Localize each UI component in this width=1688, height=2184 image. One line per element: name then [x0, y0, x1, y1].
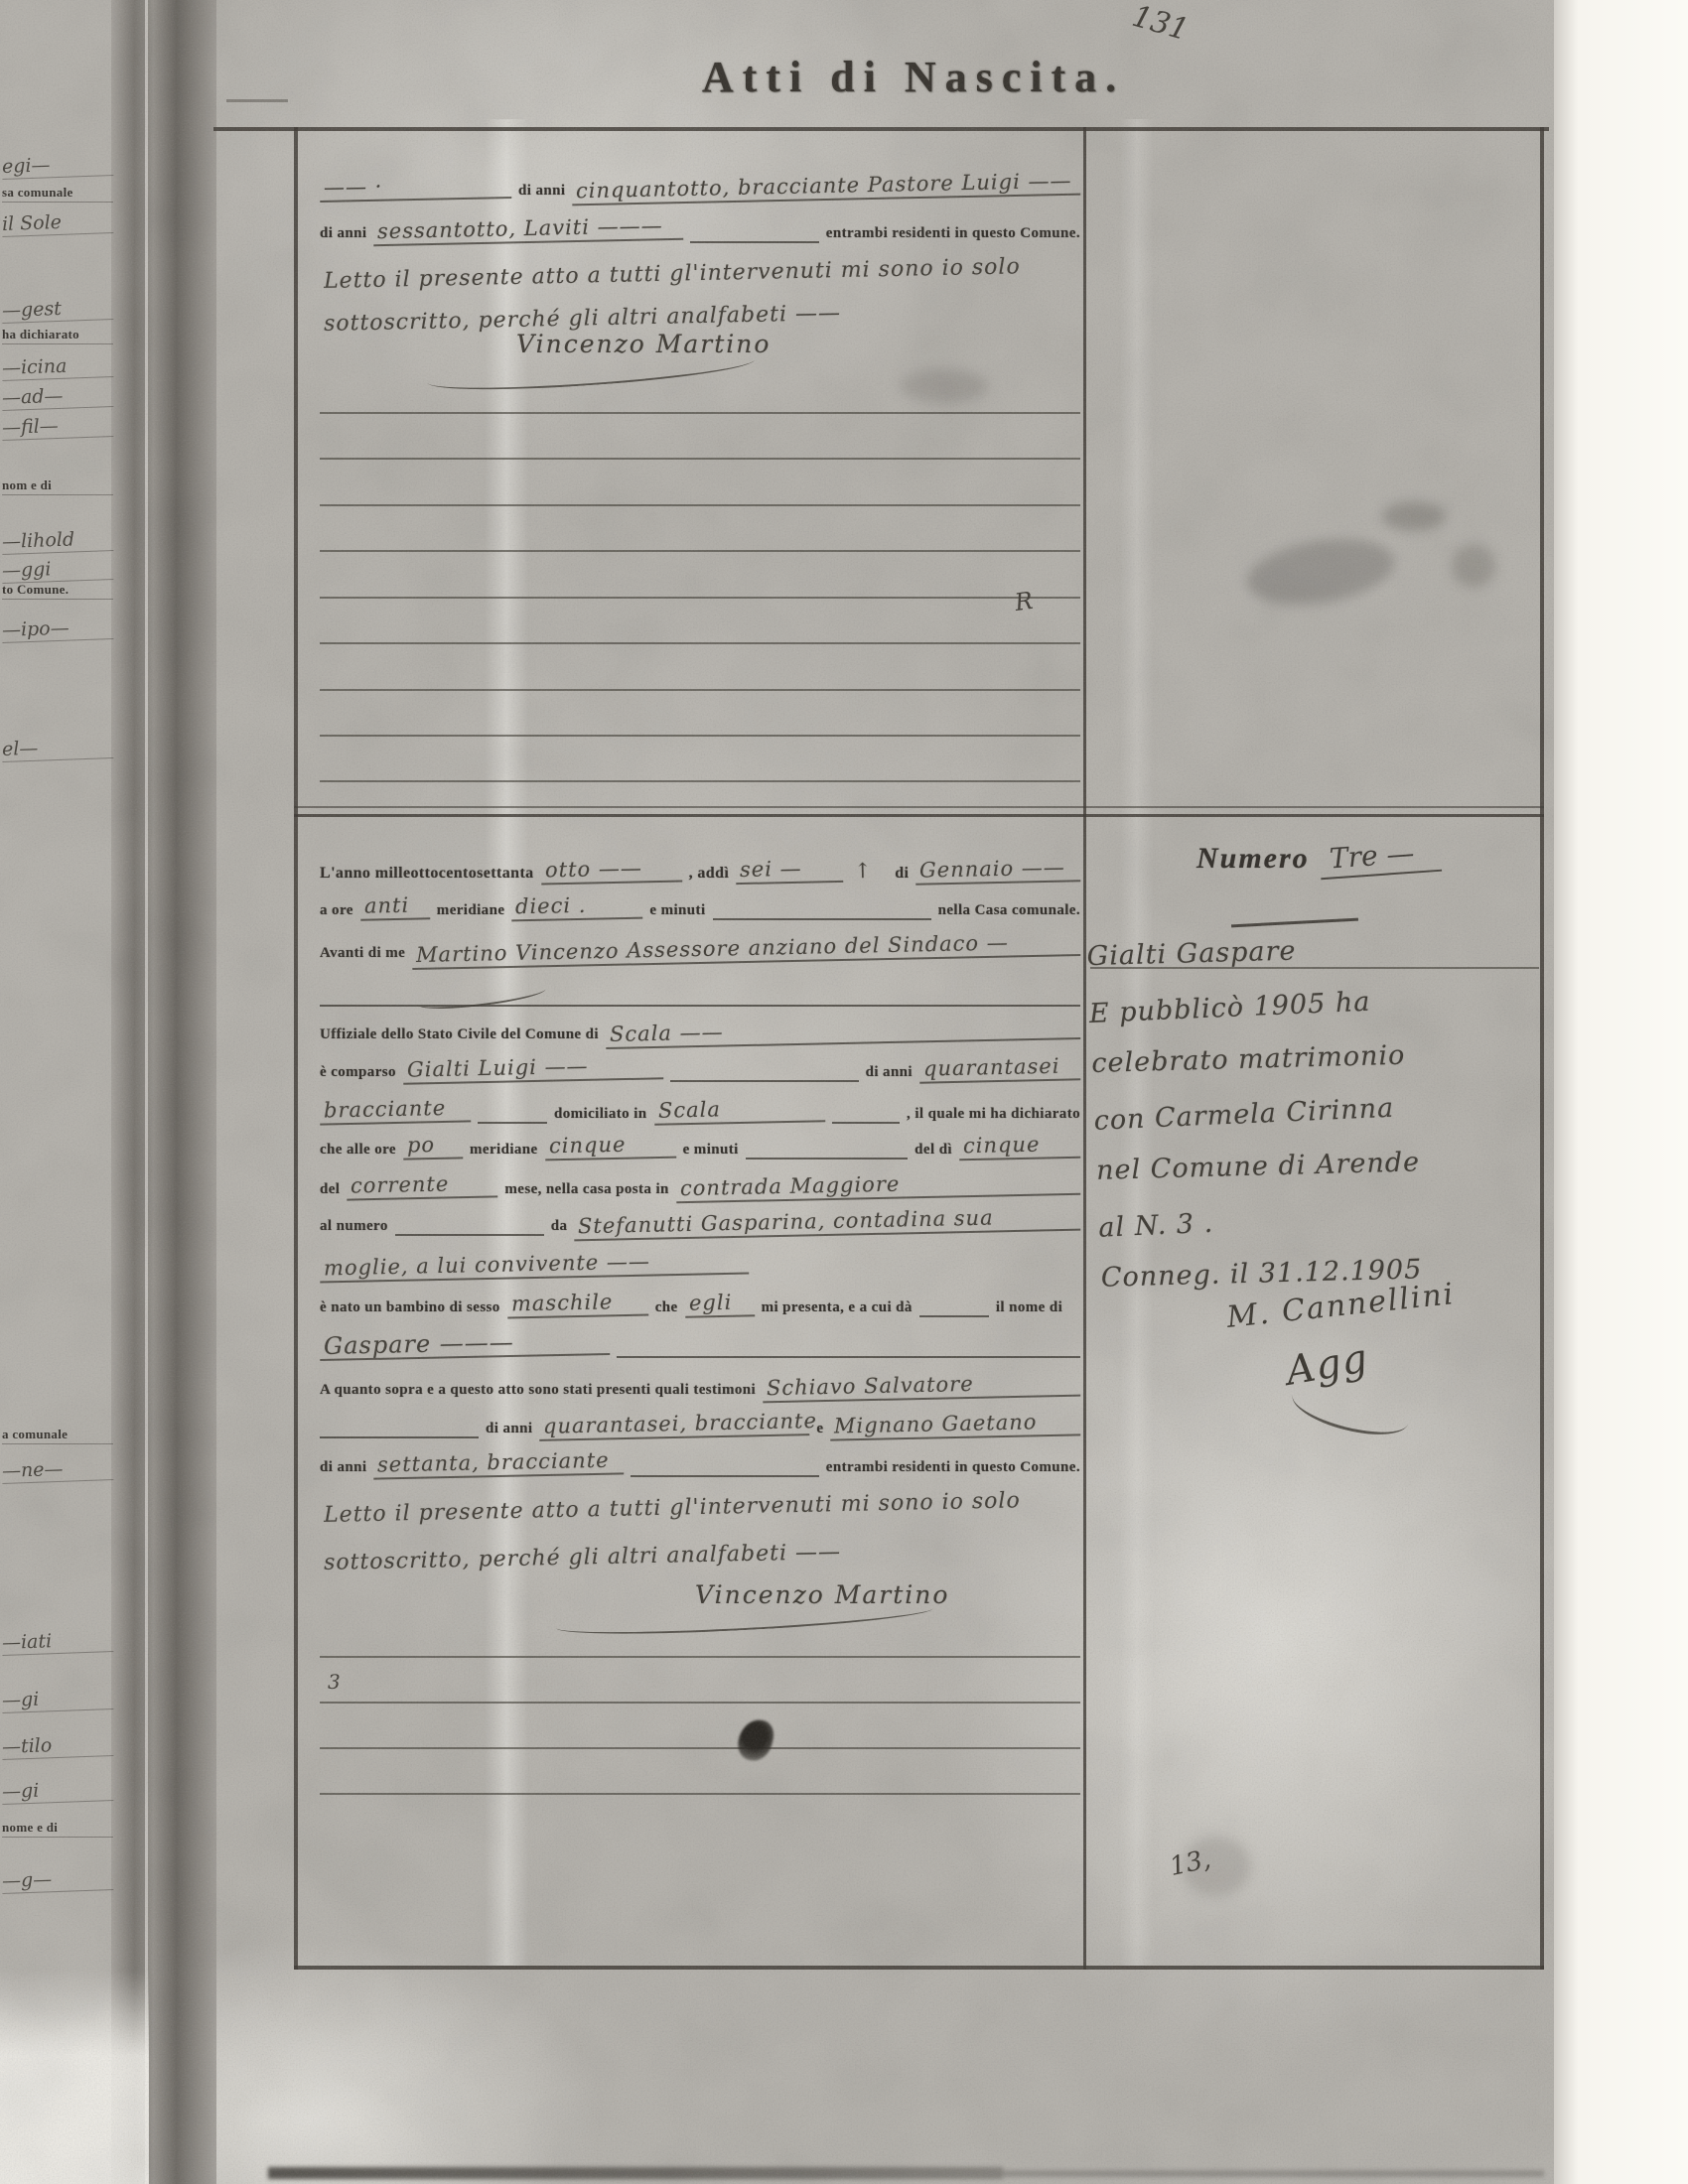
printed-label: del: [320, 1179, 340, 1199]
printed-label: Avanti di me: [320, 943, 405, 963]
record-line-teste2: di anni settanta, bracciante entrambi re…: [320, 1445, 1080, 1477]
margin-annotation: Gialti Gaspare E pubblicò 1905 ha celebr…: [1086, 925, 1551, 1319]
binding-gutter-shadow: [111, 0, 216, 2184]
printed-label: che: [655, 1297, 678, 1317]
printed-label: L'anno milleottocentosettanta: [320, 864, 534, 884]
ruled-line: [320, 597, 1080, 599]
printed-label: e: [816, 1419, 823, 1438]
handwritten-entry: quarantasei, bracciante: [539, 1409, 810, 1441]
edge-fragment: sa comunale: [2, 185, 113, 203]
ruled-line: [320, 1656, 1080, 1658]
edge-fragment: nome e di: [2, 1820, 113, 1838]
handwritten-entry: Scala: [653, 1095, 825, 1126]
printed-label: mese, nella casa posta in: [504, 1179, 668, 1199]
edge-fragment: —tilo: [2, 1732, 114, 1760]
printed-label: meridiane: [437, 900, 505, 920]
edge-fragment: egi—: [2, 152, 114, 180]
record-line-domicilio: bracciante domiciliato in Scala , il qua…: [320, 1092, 1080, 1124]
handwritten-entry: cinquantotto, bracciante Pastore Luigi —…: [572, 169, 1080, 206]
handwritten-entry: corrente: [347, 1170, 498, 1200]
handwritten-entry: Schiavo Salvatore: [763, 1370, 1080, 1404]
birth-record-scan: Atti di Nascita. 131 —— · di anni cinqua…: [0, 0, 1688, 2184]
record-line-anno: L'anno milleottocentosettanta otto —— , …: [320, 852, 1080, 884]
handwritten-entry: maschile: [506, 1290, 648, 1319]
section-divider: [294, 814, 1544, 817]
printed-label: il nome di: [996, 1297, 1062, 1317]
printed-label: nella Casa comunale.: [938, 900, 1080, 920]
record-closing-2: sottoscritto, perché gli altri analfabet…: [320, 1537, 1080, 1569]
ruled-line: [320, 689, 1080, 691]
ruled-line: [320, 642, 1080, 644]
upper-line-2: di anni sessantotto, Laviti ——— entrambi…: [320, 211, 1080, 243]
record-line-numero-casa: al numero da Stefanutti Gasparina, conta…: [320, 1204, 1080, 1236]
handwritten-entry: Gennaio ——: [915, 855, 1080, 885]
column-divider: [1083, 127, 1086, 1970]
ruled-line: [320, 504, 1080, 506]
handwritten-entry: Gaspare ———: [320, 1328, 611, 1361]
printed-label: A quanto sopra e a questo atto sono stat…: [320, 1380, 756, 1400]
handwritten-entry: Gialti Luigi ——: [403, 1052, 664, 1084]
handwritten-entry: moglie, a lui convivente ——: [320, 1247, 749, 1283]
printed-label: mi presenta, e a cui dà: [762, 1297, 913, 1317]
scan-bottom-shadow: [268, 2167, 1003, 2179]
blank-fill-line: [631, 1473, 818, 1477]
edge-fragment: —gi: [2, 1777, 114, 1805]
edge-fragment: —ne—: [2, 1456, 114, 1484]
handwritten-entry: contrada Maggiore: [676, 1168, 1081, 1204]
edge-fragment: —gi: [2, 1686, 114, 1713]
handwritten-entry: egli: [684, 1290, 755, 1317]
printed-label: e minuti: [683, 1140, 739, 1160]
page-title: Atti di Nascita.: [635, 52, 1192, 102]
edge-fragment: —icina: [2, 353, 114, 381]
blank-fill-line: [395, 1232, 544, 1236]
blank-fill-line: [670, 1078, 859, 1082]
upper-closing-1: Letto il presente atto a tutti gl'interv…: [320, 255, 1080, 287]
handwritten-entry: —— ·: [320, 172, 512, 203]
scan-bottom-shadow: [1003, 2170, 1544, 2177]
printed-label: Uffiziale dello Stato Civile del Comune …: [320, 1024, 599, 1044]
edge-fragment: —gest: [2, 296, 114, 324]
edge-fragment: nom e di: [2, 478, 113, 495]
printed-label: domiciliato in: [554, 1104, 647, 1124]
edge-fragment: —ad—: [2, 383, 114, 411]
printed-label: è nato un bambino di sesso: [320, 1297, 500, 1317]
edge-fragment: —lihold: [2, 527, 114, 555]
ruled-line: [320, 1747, 1080, 1749]
blank-fill-line: [617, 1354, 1080, 1358]
printed-label: è comparso: [320, 1062, 396, 1082]
page-border-bottom: [294, 1966, 1544, 1970]
gutter-hairline: [145, 0, 148, 2184]
record-line-testimoni: A quanto sopra e a questo atto sono stat…: [320, 1368, 1080, 1400]
printed-label: , addì: [689, 864, 730, 884]
printed-label: che alle ore: [320, 1140, 396, 1160]
edge-fragment: —ipo—: [2, 615, 114, 643]
edge-fragment: el—: [2, 735, 114, 762]
edge-fragment: —iati: [2, 1628, 114, 1656]
edge-fragment: —ggi: [2, 556, 114, 584]
handwritten-entry: Stefanutti Gasparina, contadina sua: [574, 1204, 1080, 1242]
ruled-line: [320, 1793, 1080, 1795]
ruled-line: [320, 550, 1080, 552]
record-line-teste1: di anni quarantasei, bracciante e Mignan…: [320, 1407, 1080, 1438]
printed-label: da: [551, 1216, 568, 1236]
handwritten-entry: anti: [360, 892, 431, 920]
handwritten-entry: settanta, bracciante: [373, 1447, 625, 1479]
stray-line: [226, 99, 288, 102]
handwritten-entry: sei —: [736, 856, 844, 885]
printed-label: di anni: [320, 1457, 366, 1477]
printed-label: e minuti: [649, 900, 705, 920]
record-line-comparso: è comparso Gialti Luigi —— di anni quara…: [320, 1050, 1080, 1082]
edge-fragment: to Comune.: [2, 582, 113, 600]
page-border-right: [1540, 127, 1544, 1970]
printed-label: entrambi residenti in questo Comune.: [826, 1457, 1080, 1477]
handwritten-entry: sessantotto, Laviti ———: [373, 213, 683, 247]
numero-label: Numero: [1196, 842, 1310, 876]
handwritten-entry: quarantasei: [919, 1053, 1081, 1083]
handwritten-entry: otto ——: [540, 856, 682, 886]
record-closing-1: Letto il presente atto a tutti gl'interv…: [320, 1489, 1080, 1521]
ruled-line: [320, 412, 1080, 414]
blank-fill-line: [832, 1120, 900, 1124]
printed-label: al numero: [320, 1216, 388, 1236]
record-line-madre-2: moglie, a lui convivente ——: [320, 1247, 1080, 1279]
record-line-ora: a ore anti meridiane dieci . e minuti ne…: [320, 888, 1080, 920]
numero-row: Numero Tre —: [1196, 839, 1440, 876]
printed-label: , il quale mi ha dichiarato: [907, 1104, 1080, 1124]
record-line-ufficiale: Uffiziale dello Stato Civile del Comune …: [320, 1013, 1080, 1044]
printed-label: di anni: [518, 181, 565, 201]
edge-fragment: —fil—: [2, 413, 114, 441]
ruled-line: [320, 735, 1080, 737]
printed-label: di anni: [866, 1062, 913, 1082]
scan-corner-light: [0, 1971, 149, 2184]
ruled-line: [320, 458, 1080, 460]
record-line-casa: del corrente mese, nella casa posta in c…: [320, 1167, 1080, 1199]
record-line-ora-nascita: che alle ore po meridiane cinque e minut…: [320, 1128, 1080, 1160]
upper-closing-2: sottoscritto, perché gli altri analfabet…: [320, 298, 1080, 330]
page-border-top: [213, 127, 1549, 131]
stray-pen-mark: ↑: [850, 859, 889, 885]
numero-value: Tre —: [1319, 835, 1442, 880]
blank-fill-line: [320, 1434, 479, 1438]
record-line-nome: Gaspare ———: [320, 1326, 1080, 1358]
handwritten-entry: po: [403, 1132, 464, 1160]
handwritten-entry: bracciante: [320, 1095, 472, 1125]
handwritten-entry: dieci .: [511, 892, 643, 922]
printed-label: meridiane: [470, 1140, 538, 1160]
handwritten-entry: Scala ——: [606, 1013, 1081, 1049]
ruled-line: [320, 1702, 1080, 1704]
printed-label: di anni: [486, 1419, 532, 1438]
upper-line-1: —— · di anni cinquantotto, bracciante Pa…: [320, 169, 1080, 201]
record-line-nato: è nato un bambino di sesso maschile che …: [320, 1286, 1080, 1317]
blank-fill-line: [478, 1120, 547, 1124]
handwritten-entry: cinque: [544, 1132, 676, 1161]
stray-pen-mark: R: [1013, 587, 1035, 616]
handwritten-entry: cinque: [959, 1132, 1081, 1161]
printed-label: a ore: [320, 900, 353, 920]
handwritten-entry: Mignano Gaetano: [830, 1409, 1080, 1440]
scan-right-edge: [1554, 0, 1688, 2184]
ruled-line: [320, 780, 1080, 782]
printed-label: di anni: [320, 223, 366, 243]
edge-fragment: il Sole: [2, 209, 114, 237]
stray-pen-mark: 3: [328, 1670, 341, 1694]
blank-fill-line: [690, 239, 818, 243]
blank-fill-line: [713, 916, 931, 920]
printed-label: del dì: [914, 1140, 952, 1160]
edge-fragment: —g—: [2, 1866, 114, 1894]
printed-label: di: [895, 864, 909, 884]
page-border-left: [294, 127, 298, 1970]
edge-fragment: ha dichiarato: [2, 327, 113, 344]
section-divider-thin: [294, 806, 1544, 808]
edge-fragment: a comunale: [2, 1427, 113, 1444]
record-line-avanti: Avanti di me Martino Vincenzo Assessore …: [320, 931, 1080, 963]
blank-fill-line: [919, 1313, 989, 1317]
printed-label: entrambi residenti in questo Comune.: [826, 223, 1080, 243]
blank-fill-line: [746, 1156, 908, 1160]
